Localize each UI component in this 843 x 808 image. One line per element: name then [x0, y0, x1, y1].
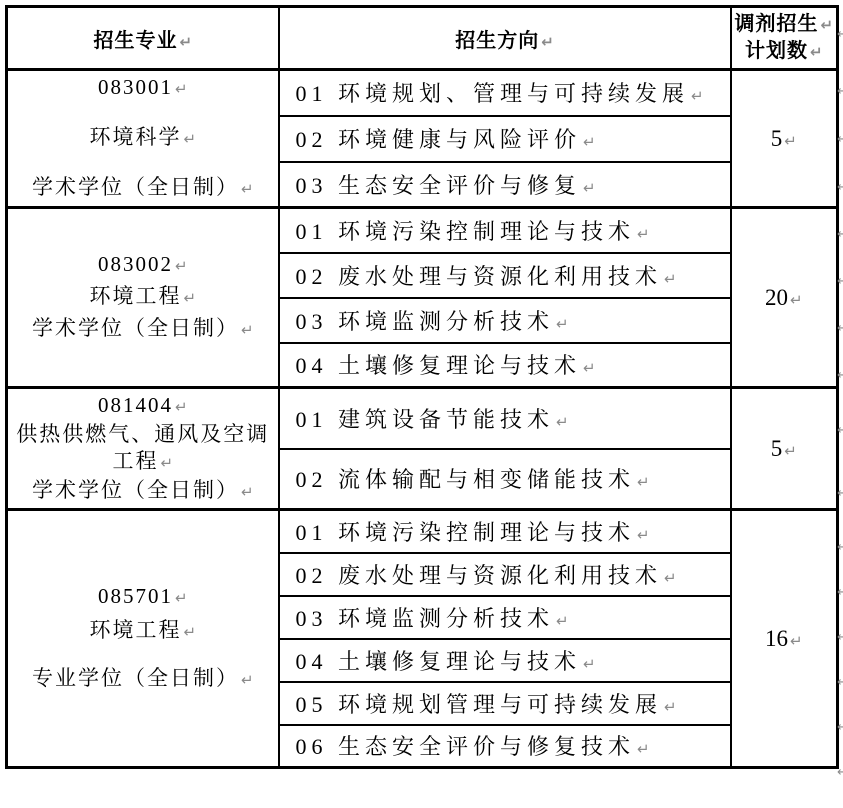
major-code: 085701↵: [98, 585, 188, 610]
major-name-text: 环境科学: [89, 125, 181, 149]
major-name: 环境科学↵: [89, 126, 196, 151]
return-mark-icon: ↵: [664, 569, 677, 587]
major-code-text: 083001: [98, 75, 173, 99]
plan-number: 5: [771, 436, 783, 461]
direction-text: 04 土壤修复理论与技术: [296, 649, 582, 674]
direction-cell: 03 生态安全评价与修复↵: [279, 162, 731, 208]
return-mark-icon: ↵: [583, 359, 596, 377]
return-mark-icon: ↵: [810, 43, 823, 61]
major-name: 环境工程↵: [89, 619, 196, 644]
return-mark-icon: ↵: [556, 413, 569, 431]
major-cell-083001: 083001↵ 环境科学↵ 学术学位（全日制）↵: [7, 70, 279, 208]
major-name-text: 工程: [112, 449, 158, 473]
direction-cell: 01 环境污染控制理论与技术↵: [279, 510, 731, 553]
major-code-text: 083002: [98, 252, 173, 276]
return-mark-icon: ↵: [790, 291, 803, 309]
major-degree-text: 学术学位（全日制）: [32, 175, 239, 199]
direction-cell: 01 环境规划、管理与可持续发展↵: [279, 70, 731, 116]
return-mark-icon: ↵: [541, 33, 554, 51]
row-end-mark-icon: ↵: [837, 631, 843, 644]
return-mark-icon: ↵: [691, 87, 704, 105]
return-mark-icon: ↵: [790, 632, 803, 650]
return-mark-icon: ↵: [175, 589, 188, 607]
plan-number: 16: [765, 626, 788, 651]
row-end-mark-icon: ↵: [837, 487, 843, 500]
major-cell-081404: 081404↵ 供热供燃气、通风及空调 工程↵ 学术学位（全日制）↵: [7, 388, 279, 510]
return-mark-icon: ↵: [583, 133, 596, 151]
direction-text: 01 环境规划、管理与可持续发展: [296, 81, 690, 106]
table-row: 083002↵ 环境工程↵ 学术学位（全日制）↵ 01 环境污染控制理论与技术↵…: [7, 208, 838, 253]
return-mark-icon: ↵: [175, 398, 188, 416]
table-row: 085701↵ 环境工程↵ 专业学位（全日制）↵ 01 环境污染控制理论与技术↵…: [7, 510, 838, 553]
major-name-line1: 供热供燃气、通风及空调: [16, 423, 269, 446]
direction-text: 01 环境污染控制理论与技术: [296, 520, 636, 545]
row-end-mark-icon: ↵: [837, 721, 843, 734]
return-mark-icon: ↵: [664, 698, 677, 716]
header-plan: 调剂招生↵ 计划数↵: [731, 7, 838, 70]
return-mark-icon: ↵: [820, 16, 833, 34]
direction-cell: 04 土壤修复理论与技术↵: [279, 639, 731, 682]
return-mark-icon: ↵: [583, 655, 596, 673]
return-mark-icon: ↵: [784, 132, 797, 150]
major-name-text: 供热供燃气、通风及空调: [16, 422, 269, 446]
major-lines: 083002↵ 环境工程↵ 学术学位（全日制）↵: [8, 253, 278, 342]
direction-text: 02 废水处理与资源化利用技术: [296, 264, 663, 289]
header-major-label: 招生专业: [93, 30, 177, 52]
plan-cell: 20↵: [731, 208, 838, 388]
row-end-mark-icon: ↵: [837, 133, 843, 146]
header-plan-line2: 计划数↵: [732, 38, 837, 65]
direction-text: 03 环境监测分析技术: [296, 309, 555, 334]
direction-cell: 04 土壤修复理论与技术↵: [279, 343, 731, 388]
direction-cell: 05 环境规划管理与可持续发展↵: [279, 682, 731, 725]
return-mark-icon: ↵: [637, 473, 650, 491]
major-degree: 学术学位（全日制）↵: [32, 317, 254, 342]
row-end-mark-icon: ↵: [837, 228, 843, 241]
return-mark-icon: ↵: [183, 130, 196, 148]
major-name-text: 环境工程: [89, 618, 181, 642]
row-end-mark-icon: ↵: [837, 181, 843, 194]
row-end-mark-icon: ↵: [837, 322, 843, 335]
return-mark-icon: ↵: [556, 612, 569, 630]
row-end-mark-icon: ↵: [837, 28, 843, 41]
direction-text: 01 建筑设备节能技术: [296, 407, 555, 432]
major-code: 081404↵: [98, 394, 188, 419]
return-mark-icon: ↵: [664, 270, 677, 288]
major-degree-text: 专业学位（全日制）: [32, 666, 239, 690]
header-row: 招生专业↵ 招生方向↵ 调剂招生↵ 计划数↵: [7, 7, 838, 70]
return-mark-icon: ↵: [160, 454, 173, 472]
return-mark-icon: ↵: [241, 671, 254, 689]
row-end-mark-icon: ↵: [837, 586, 843, 599]
major-name-line2: 工程↵: [112, 450, 173, 475]
major-code: 083002↵: [98, 253, 188, 278]
header-plan-text2: 计划数: [745, 40, 808, 62]
major-code: 083001↵: [98, 76, 188, 101]
direction-text: 03 环境监测分析技术: [296, 606, 555, 631]
direction-text: 06 生态安全评价与修复技术: [296, 734, 636, 759]
direction-cell: 03 环境监测分析技术↵: [279, 596, 731, 639]
return-mark-icon: ↵: [637, 526, 650, 544]
major-degree-text: 学术学位（全日制）: [32, 478, 239, 502]
plan-cell: 5↵: [731, 388, 838, 510]
direction-cell: 03 环境监测分析技术↵: [279, 298, 731, 343]
major-lines: 085701↵ 环境工程↵ 专业学位（全日制）↵: [8, 585, 278, 692]
major-cell-083002: 083002↵ 环境工程↵ 学术学位（全日制）↵: [7, 208, 279, 388]
direction-cell: 02 废水处理与资源化利用技术↵: [279, 253, 731, 298]
major-cell-085701: 085701↵ 环境工程↵ 专业学位（全日制）↵: [7, 510, 279, 768]
header-plan-text1: 调剂招生: [734, 13, 818, 35]
return-mark-icon: ↵: [241, 180, 254, 198]
direction-cell: 06 生态安全评价与修复技术↵: [279, 725, 731, 768]
major-code-text: 085701: [98, 584, 173, 608]
major-degree: 学术学位（全日制）↵: [32, 176, 254, 201]
header-direction: 招生方向↵: [279, 7, 731, 70]
direction-cell: 01 建筑设备节能技术↵: [279, 388, 731, 449]
return-mark-icon: ↵: [241, 483, 254, 501]
direction-cell: 01 环境污染控制理论与技术↵: [279, 208, 731, 253]
plan-number: 20: [765, 285, 788, 310]
direction-text: 04 土壤修复理论与技术: [296, 353, 582, 378]
major-code-text: 081404: [98, 393, 173, 417]
return-mark-icon: ↵: [637, 225, 650, 243]
major-degree: 专业学位（全日制）↵: [32, 667, 254, 692]
row-end-mark-icon: ↵: [837, 369, 843, 382]
return-mark-icon: ↵: [175, 257, 188, 275]
table-row: 083001↵ 环境科学↵ 学术学位（全日制）↵ 01 环境规划、管理与可持续发…: [7, 70, 838, 116]
direction-text: 01 环境污染控制理论与技术: [296, 219, 636, 244]
row-end-mark-icon: ↵: [837, 424, 843, 437]
major-lines: 081404↵ 供热供燃气、通风及空调 工程↵ 学术学位（全日制）↵: [8, 394, 278, 504]
return-mark-icon: ↵: [241, 321, 254, 339]
major-degree-text: 学术学位（全日制）: [32, 316, 239, 340]
return-mark-icon: ↵: [183, 623, 196, 641]
row-end-mark-icon: ↵: [837, 85, 843, 98]
row-end-mark-icon: ↵: [837, 275, 843, 288]
direction-text: 05 环境规划管理与可持续发展: [296, 692, 663, 717]
return-mark-icon: ↵: [556, 315, 569, 333]
row-end-mark-icon: ↵: [837, 541, 843, 554]
plan-cell: 5↵: [731, 70, 838, 208]
direction-cell: 02 废水处理与资源化利用技术↵: [279, 553, 731, 596]
return-mark-icon: ↵: [183, 289, 196, 307]
return-mark-icon: ↵: [179, 33, 192, 51]
direction-cell: 02 环境健康与风险评价↵: [279, 116, 731, 162]
header-direction-label: 招生方向: [455, 30, 539, 52]
direction-text: 02 流体输配与相变储能技术: [296, 467, 636, 492]
admission-adjustment-table: 招生专业↵ 招生方向↵ 调剂招生↵ 计划数↵ 083001↵ 环境科学↵ 学术学…: [5, 5, 839, 769]
major-name-text: 环境工程: [89, 284, 181, 308]
major-lines: 083001↵ 环境科学↵ 学术学位（全日制）↵: [8, 76, 278, 201]
direction-text: 02 环境健康与风险评价: [296, 127, 582, 152]
major-name: 环境工程↵: [89, 285, 196, 310]
row-end-mark-icon: ↵: [837, 766, 843, 779]
direction-text: 02 废水处理与资源化利用技术: [296, 563, 663, 588]
direction-text: 03 生态安全评价与修复: [296, 173, 582, 198]
direction-cell: 02 流体输配与相变储能技术↵: [279, 449, 731, 510]
major-degree: 学术学位（全日制）↵: [32, 479, 254, 504]
plan-cell: 16↵: [731, 510, 838, 768]
return-mark-icon: ↵: [784, 442, 797, 460]
return-mark-icon: ↵: [637, 740, 650, 758]
return-mark-icon: ↵: [175, 80, 188, 98]
row-end-mark-icon: ↵: [837, 676, 843, 689]
plan-number: 5: [771, 126, 783, 151]
header-plan-line1: 调剂招生↵: [732, 11, 837, 38]
table-row: 081404↵ 供热供燃气、通风及空调 工程↵ 学术学位（全日制）↵ 01 建筑…: [7, 388, 838, 449]
return-mark-icon: ↵: [583, 179, 596, 197]
header-major: 招生专业↵: [7, 7, 279, 70]
